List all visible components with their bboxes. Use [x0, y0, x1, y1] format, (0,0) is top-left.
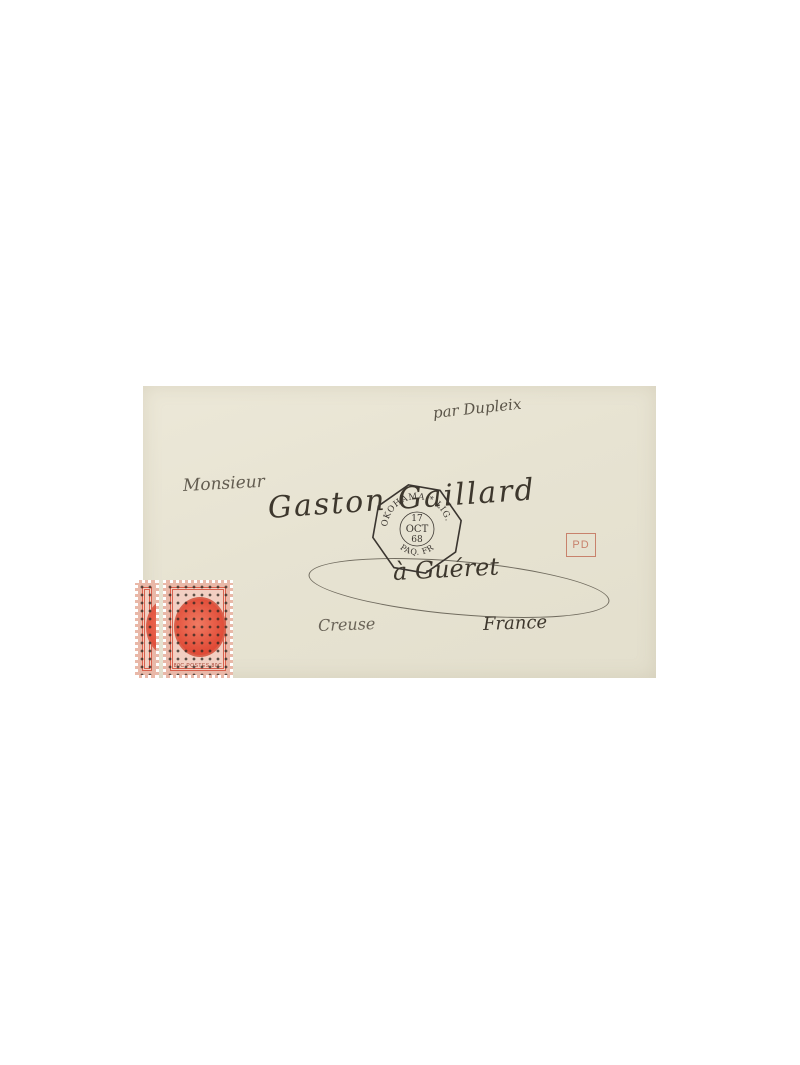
- postmark: YOKOHAMA * LIG. N PAQ. FR 17 OCT 68: [371, 483, 463, 575]
- pd-boxed-mark: PD: [566, 533, 596, 557]
- envelope: par Dupleix Monsieur Gaston Gaillard à G…: [143, 386, 656, 678]
- cancellation-dots: [138, 583, 156, 675]
- postmark-year: 68: [411, 535, 423, 545]
- routing-note: par Dupleix: [432, 395, 522, 422]
- addressee-region: Creuse: [318, 614, 376, 635]
- postmark-month: OCT: [406, 524, 429, 535]
- cancellation-dots: [166, 583, 230, 675]
- stamp-left-partial: [135, 580, 159, 678]
- addressee-country: France: [483, 612, 548, 635]
- stamp-main: 80C POSTES 80C: [163, 580, 233, 678]
- postmark-day: 17: [411, 514, 423, 524]
- salutation: Monsieur: [182, 472, 265, 496]
